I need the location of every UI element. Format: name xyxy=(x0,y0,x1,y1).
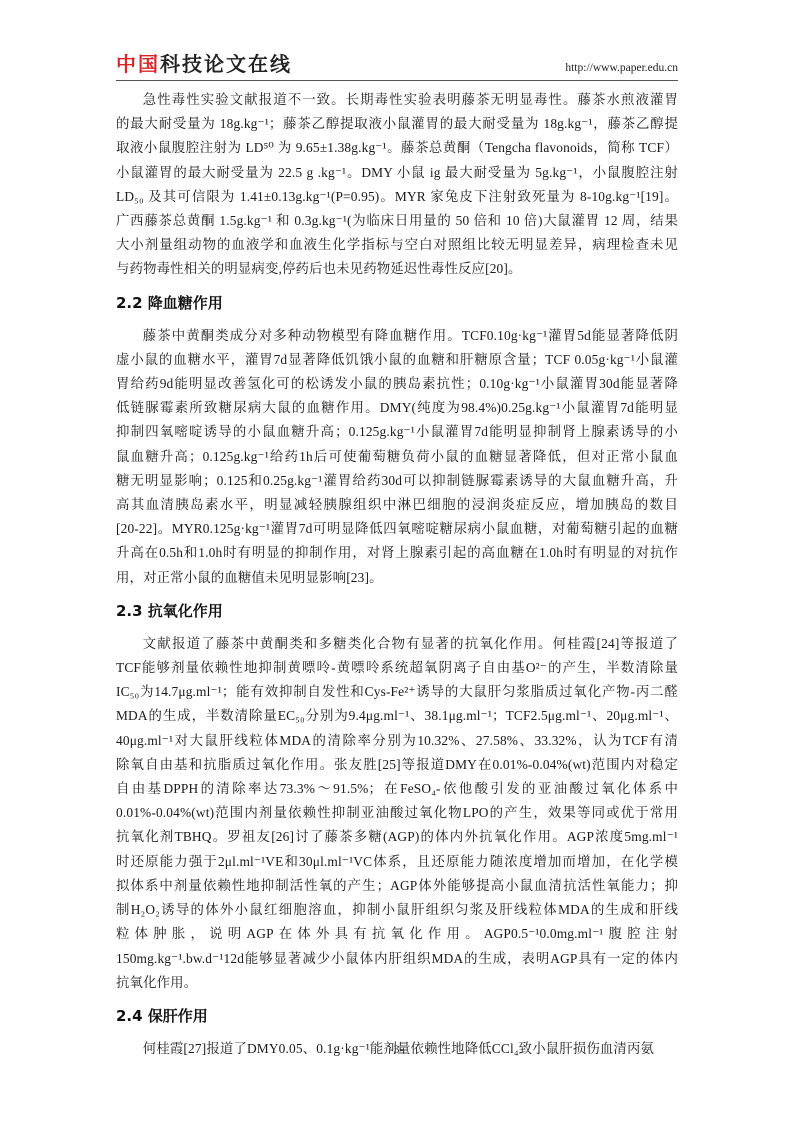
text-line: TCF能够剂量依赖性地抑制黄嘌呤-黄嘌呤系统超氧阴离子自由基O²⁻的产生，半数清… xyxy=(116,656,678,680)
text-line: 鼠血糖升高；0.125g.kg⁻¹给药1h后可使葡萄糖负荷小鼠的血糖显著降低，但… xyxy=(116,445,678,469)
text-line: 150mg.kg⁻¹.bw.d⁻¹12d能够显著减少小鼠体内肝组织MDA的生成，… xyxy=(116,947,678,971)
logo-red-text: 中国 xyxy=(116,52,160,76)
text-line: 除氧自由基和抗脂质过氧化作用。张友胜[25]等报道DMY在0.01%-0.04%… xyxy=(116,753,678,777)
header-url: http://www.paper.edu.cn xyxy=(565,62,678,74)
section-heading-hypoglycemic: 2.2 降血糖作用 xyxy=(116,293,223,313)
text-line: 制H₂O₂诱导的体外小鼠红细胞溶血，抑制小鼠肝组织匀浆及肝线粒体MDA的生成和肝… xyxy=(116,898,678,922)
text-line: IC₅₀为14.7μg.ml⁻¹；能有效抑制自发性和Cys-Fe²⁺诱导的大鼠肝… xyxy=(116,680,678,704)
text-line: [20-22]。MYR0.125g·kg⁻¹灌胃7d可明显降低四氧嘧啶糖尿病小鼠… xyxy=(116,517,678,541)
text-line: 抗氧化作用。 xyxy=(116,971,678,995)
text-line: 用，对正常小鼠的血糖值未见明显影响[23]。 xyxy=(116,566,678,590)
header-divider xyxy=(116,80,678,81)
text-line: 高其血清胰岛素水平，明显减轻胰腺组织中淋巴细胞的浸润炎症反应，增加胰岛的数目 xyxy=(116,493,678,517)
text-line: 低链脲霉素所致糖尿病大鼠的血糖作用。DMY(纯度为98.4%)0.25g.kg⁻… xyxy=(116,396,678,420)
text-line: 0.01%-0.04%(wt)范围内剂量依赖性抑制亚油酸过氧化物LPO的产生，效… xyxy=(116,801,678,825)
page-number: -3- xyxy=(0,1042,793,1057)
text-line: 自由基DPPH的清除率达73.3%～91.5%；在FeSO₄-依他酸引发的亚油酸… xyxy=(116,777,678,801)
text-line: 大小剂量组动物的血液学和血液生化学指标与空白对照组比较无明显差异，病理检查未见 xyxy=(116,233,678,257)
text-line: 糖无明显影响；0.125和0.25g.kg⁻¹灌胃给药30d可以抑制链脲霉素诱导… xyxy=(116,469,678,493)
text-line: 时还原能力强于2μl.ml⁻¹VE和30μl.ml⁻¹VC体系，且还原能力随浓度… xyxy=(116,850,678,874)
site-logo: 中国科技论文在线 xyxy=(116,52,292,76)
text-line: 抑制四氧嘧啶诱导的小鼠血糖升高；0.125g.kg⁻¹小鼠灌胃7d能明显抑制肾上… xyxy=(116,420,678,444)
paragraph-antioxidant: 文献报道了藤茶中黄酮类和多糖类化合物有显著的抗氧化作用。何桂霞[24]等报道了T… xyxy=(116,632,678,995)
text-line: 广西藤茶总黄酮 1.5g.kg⁻¹ 和 0.3g.kg⁻¹(为临床日用量的 50… xyxy=(116,209,678,233)
text-line: 藤茶中黄酮类成分对多种动物模型有降血糖作用。TCF0.10g·kg⁻¹灌胃5d能… xyxy=(116,324,678,348)
text-line: 40μg.ml⁻¹对大鼠肝线粒体MDA的清除率分别为10.32%、27.58%、… xyxy=(116,729,678,753)
text-line: 拟体系中剂量依赖性地抑制活性氧的产生；AGP体外能够提高小鼠血清抗活性氧能力；抑 xyxy=(116,874,678,898)
text-line: MDA的生成，半数清除量EC₅₀分别为9.4μg.ml⁻¹、38.1μg.ml⁻… xyxy=(116,704,678,728)
text-line: 粒体肿胀，说明AGP在体外具有抗氧化作用。AGP0.5⁻¹0.0mg.ml⁻¹腹… xyxy=(116,922,678,946)
text-line: 与药物毒性相关的明显病变,停药后也未见药物延迟性毒性反应[20]。 xyxy=(116,257,678,281)
text-line: 胃给药9d能明显改善氢化可的松诱发小鼠的胰岛素抗性；0.10g·kg⁻¹小鼠灌胃… xyxy=(116,372,678,396)
text-line: 取液小鼠腹腔注射为 LD⁵⁰ 为 9.65±1.38g.kg⁻¹。藤茶总黄酮（T… xyxy=(116,136,678,160)
document-body: 急性毒性实验文献报道不一致。长期毒性实验表明藤茶无明显毒性。藤茶水煎液灌胃的最大… xyxy=(116,88,678,1061)
text-line: 急性毒性实验文献报道不一致。长期毒性实验表明藤茶无明显毒性。藤茶水煎液灌胃 xyxy=(116,88,678,112)
text-line: 文献报道了藤茶中黄酮类和多糖类化合物有显著的抗氧化作用。何桂霞[24]等报道了 xyxy=(116,632,678,656)
page-header: 中国科技论文在线 http://www.paper.edu.cn xyxy=(116,52,678,80)
paragraph-hypoglycemic: 藤茶中黄酮类成分对多种动物模型有降血糖作用。TCF0.10g·kg⁻¹灌胃5d能… xyxy=(116,324,678,590)
text-line: 小鼠灌胃的最大耐受量为 22.5 g .kg⁻¹。DMY 小鼠 ig 最大耐受量… xyxy=(116,161,678,185)
paragraph-toxicity: 急性毒性实验文献报道不一致。长期毒性实验表明藤茶无明显毒性。藤茶水煎液灌胃的最大… xyxy=(116,88,678,282)
section-heading-antioxidant: 2.3 抗氧化作用 xyxy=(116,601,223,621)
text-line: 升高在0.5h和1.0h时有明显的抑制作用，对肾上腺素引起的高血糖在1.0h时有… xyxy=(116,541,678,565)
text-line: LD₅₀ 及其可信限为 1.41±0.13g.kg⁻¹(P=0.95)。MYR … xyxy=(116,185,678,209)
text-line: 虚小鼠的血糖水平，灌胃7d显著降低饥饿小鼠的血糖和肝糖原含量；TCF 0.05g… xyxy=(116,348,678,372)
text-line: 的最大耐受量为 18g.kg⁻¹；藤茶乙醇提取液小鼠灌胃的最大耐受量为 18g.… xyxy=(116,112,678,136)
logo-dark-text: 科技论文在线 xyxy=(160,52,292,76)
section-heading-hepatoprotective: 2.4 保肝作用 xyxy=(116,1006,208,1026)
text-line: 抗氧化剂TBHQ。罗祖友[26]讨了藤茶多糖(AGP)的体内外抗氧化作用。AGP… xyxy=(116,825,678,849)
